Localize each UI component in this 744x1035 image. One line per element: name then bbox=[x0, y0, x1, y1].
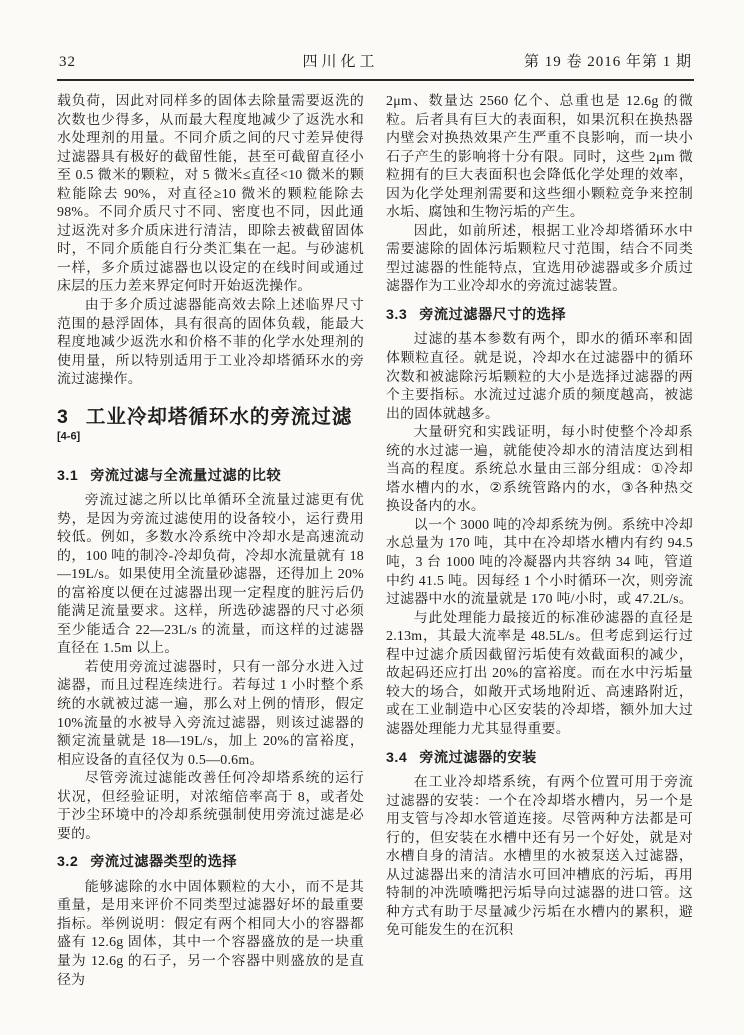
heading-number: 3.4 bbox=[386, 750, 407, 766]
paragraph: 大量研究和实践证明，每小时使整个冷却系统的水过滤一遍，就能使冷却水的清洁度达到相… bbox=[386, 424, 693, 517]
paragraph: 与此处理能力最接近的标准砂滤器的直径是 2.13m，其最大流率是 48.5L/s… bbox=[386, 610, 693, 740]
paragraph: 在工业冷却塔系统，有两个位置可用于旁流过滤器的安装：一个在冷却塔水槽内，另一个是… bbox=[386, 774, 693, 941]
heading-number: 3.1 bbox=[57, 468, 78, 484]
heading-text: 旁流过滤器类型的选择 bbox=[90, 854, 237, 870]
paragraph: 能够滤除的水中固体颗粒的大小，而不是其重量，是用来评价不同类型过滤器好坏的最重要… bbox=[57, 879, 364, 990]
paragraph: 过滤的基本参数有两个，即水的循环率和固体颗粒直径。就是说，冷却水在过滤器中的循环… bbox=[386, 331, 693, 424]
heading-number: 3.3 bbox=[386, 307, 407, 323]
paragraph: 旁流过滤之所以比单循环全流量过滤更有优势，是因为旁流过滤使用的设备较小，运行费用… bbox=[57, 492, 364, 659]
heading-text: 旁流过滤器的安装 bbox=[419, 750, 537, 766]
subsection-heading: 3.2旁流过滤器类型的选择 bbox=[57, 853, 364, 871]
issue-info: 第 19 卷 2016 年第 1 期 bbox=[502, 50, 692, 71]
page-header: 32 四川化工 第 19 卷 2016 年第 1 期 bbox=[57, 50, 694, 81]
subsection-heading: 3.1旁流过滤与全流量过滤的比较 bbox=[57, 467, 364, 485]
citation-ref: [4-6] bbox=[57, 431, 80, 443]
section-heading: 3工业冷却塔循环水的旁流过滤[4-6] bbox=[57, 405, 364, 454]
left-column: 载负荷，因此对同样多的固体去除量需要返洗的次数也少得多，从而最大程度地减少了返洗… bbox=[57, 93, 364, 1018]
journal-title: 四川化工 bbox=[179, 50, 502, 71]
paragraph: 由于多介质过滤器能高效去除上述临界尺寸范围的悬浮固体，具有很高的固体负载，能最大… bbox=[57, 297, 364, 390]
heading-number: 3 bbox=[57, 406, 69, 428]
two-column-body: 载负荷，因此对同样多的固体去除量需要返洗的次数也少得多，从而最大程度地减少了返洗… bbox=[57, 93, 694, 1018]
page-number: 32 bbox=[59, 54, 179, 71]
heading-text: 旁流过滤器尺寸的选择 bbox=[419, 307, 566, 323]
paragraph: 以一个 3000 吨的冷却系统为例。系统中冷却水总量为 170 吨，其中在冷却塔… bbox=[386, 517, 693, 610]
paragraph: 载负荷，因此对同样多的固体去除量需要返洗的次数也少得多，从而最大程度地减少了返洗… bbox=[57, 93, 364, 297]
paragraph: 若使用旁流过滤器时，只有一部分水进入过滤器，而且过程连续进行。若每过 1 小时整… bbox=[57, 659, 364, 770]
heading-text: 旁流过滤与全流量过滤的比较 bbox=[90, 468, 281, 484]
paragraph: 2μm、数量达 2560 亿个、总重也是 12.6g 的微粒。后者具有巨大的表面… bbox=[386, 93, 693, 223]
heading-text: 工业冷却塔循环水的旁流过滤 bbox=[86, 406, 353, 428]
heading-number: 3.2 bbox=[57, 854, 78, 870]
paragraph: 因此，如前所述，根据工业冷却塔循环水中需要滤除的固体污垢颗粒尺寸范围，结合不同类… bbox=[386, 223, 693, 297]
subsection-heading: 3.4旁流过滤器的安装 bbox=[386, 749, 693, 767]
paper-page: 32 四川化工 第 19 卷 2016 年第 1 期 载负荷，因此对同样多的固体… bbox=[0, 0, 744, 1035]
right-column: 2μm、数量达 2560 亿个、总重也是 12.6g 的微粒。后者具有巨大的表面… bbox=[386, 93, 693, 1018]
subsection-heading: 3.3旁流过滤器尺寸的选择 bbox=[386, 306, 693, 324]
paragraph: 尽管旁流过滤能改善任何冷却塔系统的运行状况，但经验证明，对浓缩倍率高于 8，或者… bbox=[57, 770, 364, 844]
